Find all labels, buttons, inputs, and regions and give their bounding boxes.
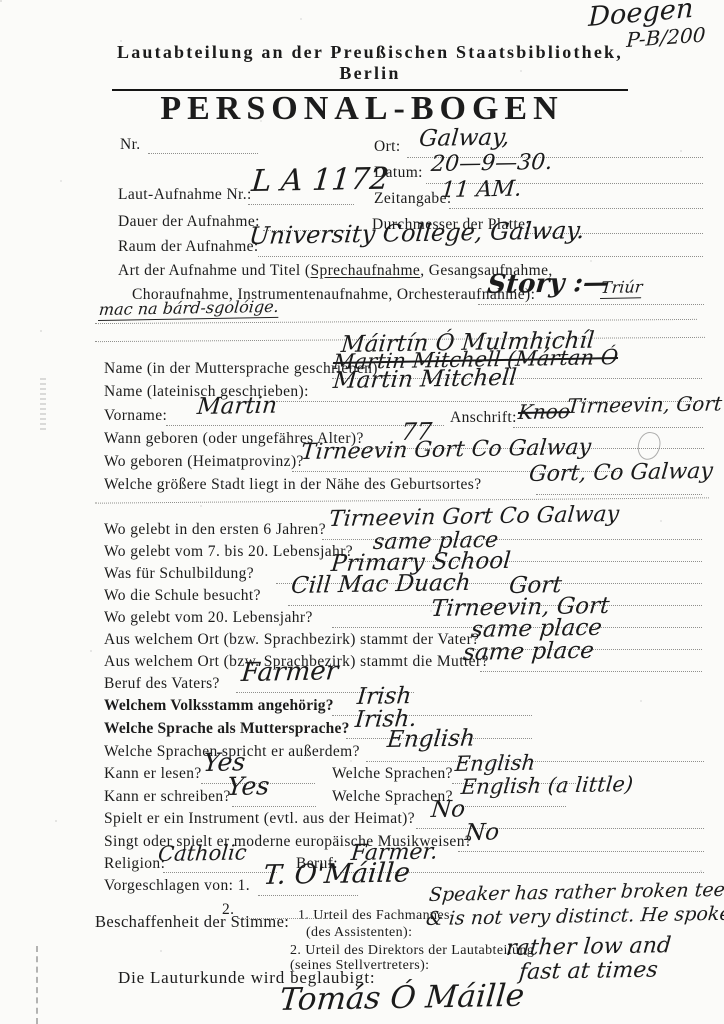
dotted-line (480, 670, 702, 672)
field-ort-value: Galway, (418, 124, 511, 152)
field-art-title-part1: Triúr (600, 277, 643, 299)
field-ort-label: Ort: (374, 138, 401, 156)
voice-urteil2-line2: fast at times (518, 958, 659, 985)
form-title: PERSONAL-BOGEN (0, 90, 724, 128)
voice-urteil1-line2: & is not very distinct. He spoke (425, 903, 724, 930)
voice-urteil1-line1: Speaker has rather broken teeth (428, 878, 724, 906)
field-schreiben-value: Yes (226, 771, 271, 801)
dotted-line (478, 303, 704, 305)
field-vater-ort-label: Aus welchem Ort (bzw. Sprachbezirk) stam… (104, 631, 479, 649)
field-musik-value: No (464, 819, 500, 846)
field-anschrift-struck: Knoo (517, 399, 571, 424)
dotted-line (248, 203, 354, 205)
field-raum-label: Raum der Aufnahme: (118, 238, 259, 256)
field-instrument-value: No (430, 796, 466, 823)
dotted-line (258, 894, 358, 896)
field-vorname-label: Vorname: (104, 407, 167, 425)
field-lesen-sprachen-value: English (454, 751, 536, 776)
field-art-value: Story :— (486, 268, 610, 300)
dotted-line (456, 805, 566, 807)
dotted-line (513, 426, 703, 428)
field-wo-geboren-value: Tirneevin Gort Co Galway (300, 435, 592, 465)
field-vorgeschlagen-label: Vorgeschlagen von: 1. (104, 877, 250, 895)
field-muttersprache-label: Welche Sprache als Muttersprache? (104, 720, 350, 738)
field-lesen-label: Kann er lesen? (104, 765, 202, 783)
field-vorname-value: Martin (196, 393, 278, 420)
personal-bogen-scan: Doegen P-B/200 Lautabteilung an der Preu… (0, 0, 724, 1024)
dotted-line (238, 917, 330, 919)
field-zeitangabe-value: 11 AM. (440, 177, 523, 203)
field-mutter-ort-value: same place (462, 638, 595, 666)
voice-urteil1-sub: (des Assistenten): (306, 925, 412, 941)
field-instrument-label: Spielt er ein Instrument (evtl. aus der … (104, 810, 415, 828)
field-beruf-vater-value: Farmer (240, 656, 339, 688)
field-religion-value: Catholic (157, 840, 248, 866)
dotted-line (458, 850, 704, 852)
dotted-line (258, 255, 703, 257)
field-schule-ort-label: Wo die Schule besucht? (104, 587, 261, 605)
edge-smear-mark (40, 378, 46, 430)
field-laut-nr-value: L A 1172 (250, 162, 390, 199)
dotted-line (163, 871, 277, 873)
field-raum-value: University College, Galway. (248, 216, 586, 250)
field-laut-nr-label: Laut-Aufnahme Nr.: (118, 186, 252, 204)
annotation-reference-number: P-B/200 (626, 23, 706, 52)
field-art-label-pre: Art der Aufnahme und Titel ( (118, 262, 310, 279)
field-7to20-label: Wo gelebt vom 7. bis 20. Lebensjahr? (104, 543, 353, 561)
field-schule-ort-value1: Cill Mac Duach (290, 570, 472, 599)
field-anschrift-value: Tirneevin, Gort (566, 391, 723, 418)
field-andere-sprachen-value: English (386, 725, 476, 753)
certify-signature: Tomás Ó Máille (278, 978, 526, 1018)
dotted-line (416, 827, 704, 829)
field-beruf-vater-label: Beruf des Vaters? (104, 675, 220, 693)
field-volksstamm-label: Welchem Volksstamm angehörig? (104, 697, 334, 715)
field-stadt-label: Welche größere Stadt liegt in der Nähe d… (104, 476, 482, 494)
dotted-line (148, 152, 258, 154)
field-schreiben-label: Kann er schreiben? (104, 788, 231, 806)
voice-section-label: Beschaffenheit der Stimme: (95, 912, 289, 932)
field-wo-geboren-label: Wo geboren (Heimatprovinz)? (104, 453, 304, 471)
field-art-label-sprechaufnahme: Sprechaufnahme (310, 262, 420, 279)
field-datum-value: 20—9—30. (430, 150, 553, 177)
field-dauer-label: Dauer der Aufnahme: (118, 213, 260, 231)
dotted-line (232, 805, 316, 807)
field-nr-label: Nr. (120, 136, 141, 154)
field-schulbildung-label: Was für Schulbildung? (104, 565, 254, 583)
voice-urteil2-label: 2. Urteil des Direktors der Lautabteilun… (290, 943, 534, 959)
ink-ring-smudge (635, 430, 662, 462)
field-anschrift-label: Anschrift: (450, 409, 517, 427)
organization-header: Lautabteilung an der Preußischen Staatsb… (112, 42, 628, 91)
field-first6-label: Wo gelebt in den ersten 6 Jahren? (104, 521, 326, 539)
field-art-title-part2: mac na bárd-sgolóige. (98, 297, 280, 321)
dotted-line (449, 207, 703, 209)
field-from20-label: Wo gelebt vom 20. Lebensjahr? (104, 609, 313, 627)
field-schreiben-sprachen-value: English (a little) (460, 772, 634, 799)
dotted-line (536, 493, 702, 495)
field-name-latein-value: Martin Mitchell (332, 365, 518, 394)
field-vorgeschlagen-value: T. O'Máille (262, 857, 411, 891)
fold-crease-mark (36, 946, 38, 1024)
field-stadt-value: Gort, Co Galway (528, 459, 714, 487)
field-lesen-sprachen-label: Welche Sprachen? (332, 765, 453, 783)
